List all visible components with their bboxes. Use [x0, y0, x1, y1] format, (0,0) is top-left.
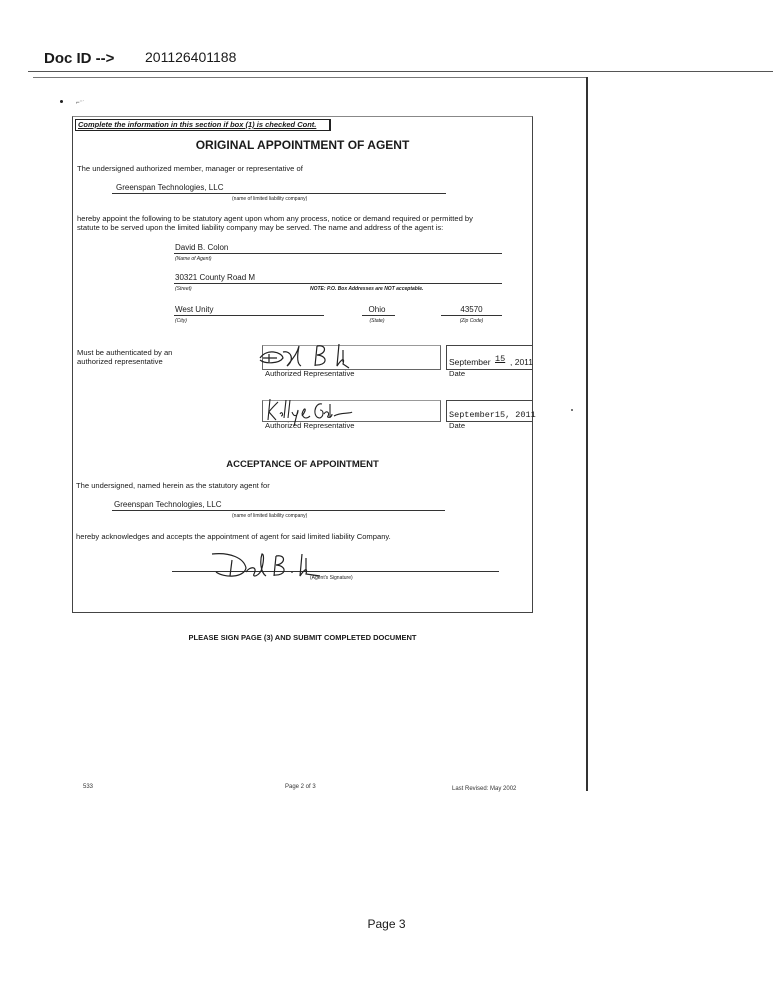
- date-2-text: September15, 2011: [449, 410, 536, 420]
- state-caption: (State): [356, 318, 398, 324]
- agent-name-line: [174, 253, 502, 254]
- original-appointment-title: ORIGINAL APPOINTMENT OF AGENT: [72, 138, 533, 152]
- company-name-caption: (name of limited liability company): [232, 196, 307, 202]
- city-caption: (City): [175, 318, 187, 324]
- zip-line: [441, 315, 502, 316]
- scan-page-right-edge: [586, 77, 588, 791]
- city-field: West Unity: [175, 305, 214, 314]
- last-revised: Last Revised: May 2002: [452, 786, 516, 792]
- auth-note-line-2: authorized representative: [77, 357, 163, 366]
- doc-id-label: Doc ID -->: [44, 50, 114, 67]
- appoint-text-line-1: hereby appoint the following to be statu…: [77, 214, 473, 223]
- street-caption: (Street): [175, 286, 192, 292]
- handwritten-signature-icon: [257, 340, 357, 372]
- auth-note-line-1: Must be authenticated by an: [77, 348, 172, 357]
- agent-name-field: David B. Colon: [175, 243, 228, 252]
- state-line: [362, 315, 395, 316]
- company-name-field: Greenspan Technologies, LLC: [116, 183, 223, 192]
- acceptance-intro: The undersigned, named herein as the sta…: [76, 481, 270, 490]
- po-box-note: NOTE: P.O. Box Addresses are NOT accepta…: [310, 286, 423, 292]
- acceptance-company-field: Greenspan Technologies, LLC: [114, 500, 221, 509]
- street-field: 30321 County Road M: [175, 273, 255, 282]
- handwritten-signature-icon: [210, 550, 322, 582]
- date-1-year: , 2011: [510, 357, 533, 367]
- zip-caption: (Zip Code): [441, 318, 502, 324]
- agent-name-caption: (Name of Agent): [175, 256, 212, 262]
- company-name-line: [112, 193, 446, 194]
- acceptance-company-line: [112, 510, 445, 511]
- city-line: [174, 315, 324, 316]
- scan-speck: [60, 100, 63, 103]
- date-1-month: September: [449, 357, 491, 367]
- form-number: 533: [83, 784, 93, 790]
- page-of-count: Page 2 of 3: [285, 784, 316, 790]
- page-label: Page 3: [0, 917, 773, 931]
- scan-mark: ⌐⁻ˑ: [76, 99, 84, 106]
- header-divider: [28, 71, 773, 72]
- signature-2-caption: Authorized Representative: [265, 421, 355, 430]
- date-1-day: 15: [495, 354, 505, 364]
- state-field: Ohio: [356, 305, 398, 314]
- acknowledge-text: hereby acknowledges and accepts the appo…: [76, 532, 391, 541]
- street-line: [174, 283, 502, 284]
- signature-1-caption: Authorized Representative: [265, 369, 355, 378]
- date-box-1: September 15 , 2011: [446, 345, 533, 370]
- doc-id-value: 201126401188: [145, 49, 236, 65]
- appoint-text-line-2: statute to be served upon the limited li…: [77, 223, 443, 232]
- zip-field: 43570: [441, 305, 502, 314]
- appointment-intro: The undersigned authorized member, manag…: [77, 164, 303, 173]
- acceptance-title: ACCEPTANCE OF APPOINTMENT: [72, 459, 533, 470]
- date-2-caption: Date: [449, 421, 465, 430]
- acceptance-company-caption: (name of limited liability company): [232, 513, 307, 519]
- scan-page-top-edge: [33, 77, 588, 78]
- scan-speck: [571, 409, 573, 411]
- date-box-2: September15, 2011: [446, 400, 533, 422]
- date-1-caption: Date: [449, 369, 465, 378]
- submit-instruction: PLEASE SIGN PAGE (3) AND SUBMIT COMPLETE…: [72, 633, 533, 642]
- continuation-note: Complete the information in this section…: [75, 119, 331, 131]
- agent-signature-caption: (Agent's Signature): [310, 575, 353, 581]
